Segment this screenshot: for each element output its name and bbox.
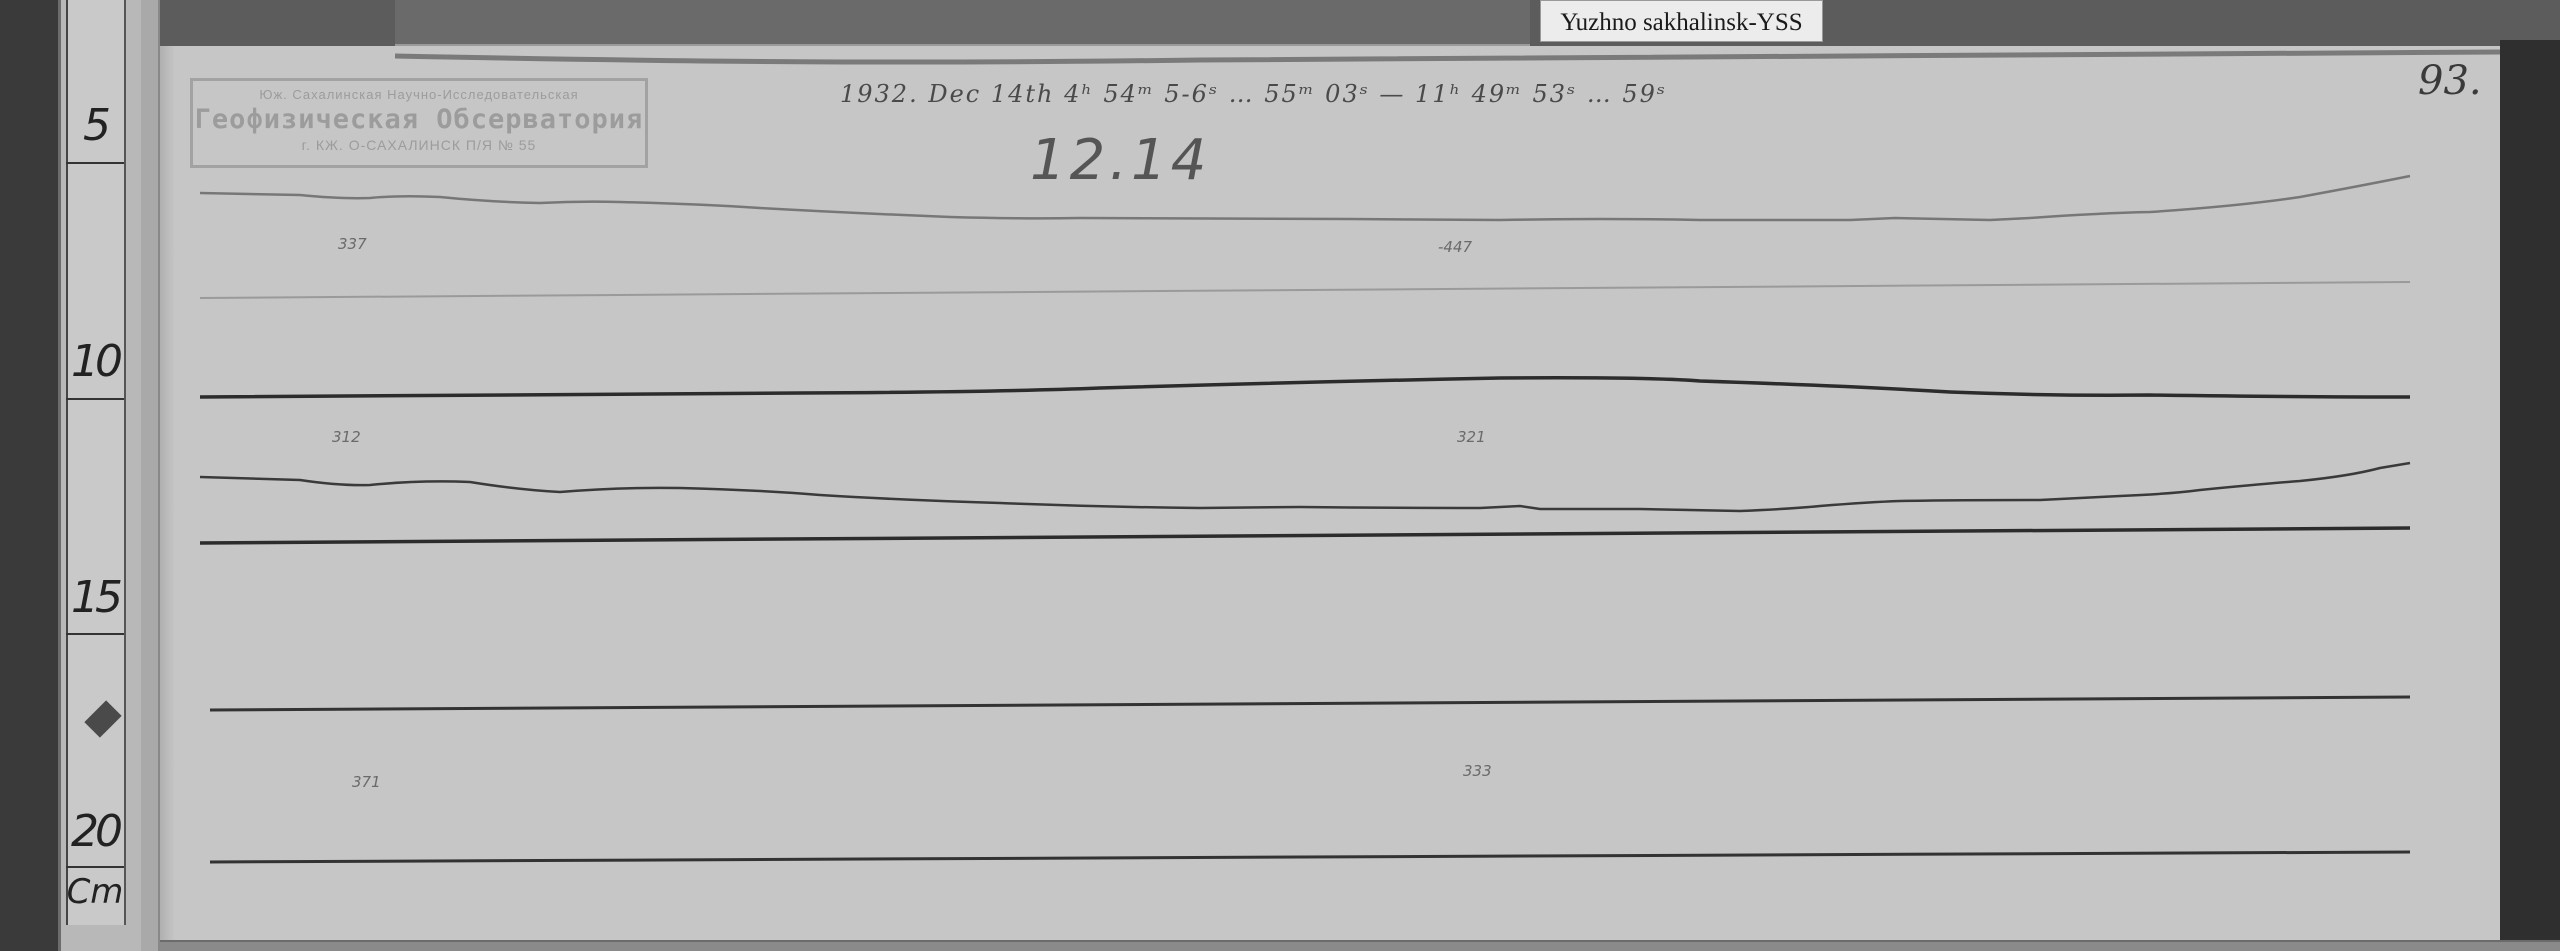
trace-label: 312 xyxy=(332,428,361,446)
trace-6 xyxy=(210,852,2410,862)
trace-2 xyxy=(200,378,2410,397)
seismogram-traces xyxy=(0,0,2560,951)
trace-label: 333 xyxy=(1463,762,1492,780)
trace-3 xyxy=(200,463,2410,511)
trace-label: 337 xyxy=(338,235,367,253)
trace-1 xyxy=(200,176,2410,220)
trace-4 xyxy=(200,528,2410,543)
trace-label: 371 xyxy=(352,773,381,791)
paper-top-edge xyxy=(395,52,2500,62)
trace-5 xyxy=(210,697,2410,710)
trace-label: -447 xyxy=(1438,238,1472,256)
trace-label: 321 xyxy=(1457,428,1486,446)
faint-reference-line xyxy=(200,282,2410,298)
